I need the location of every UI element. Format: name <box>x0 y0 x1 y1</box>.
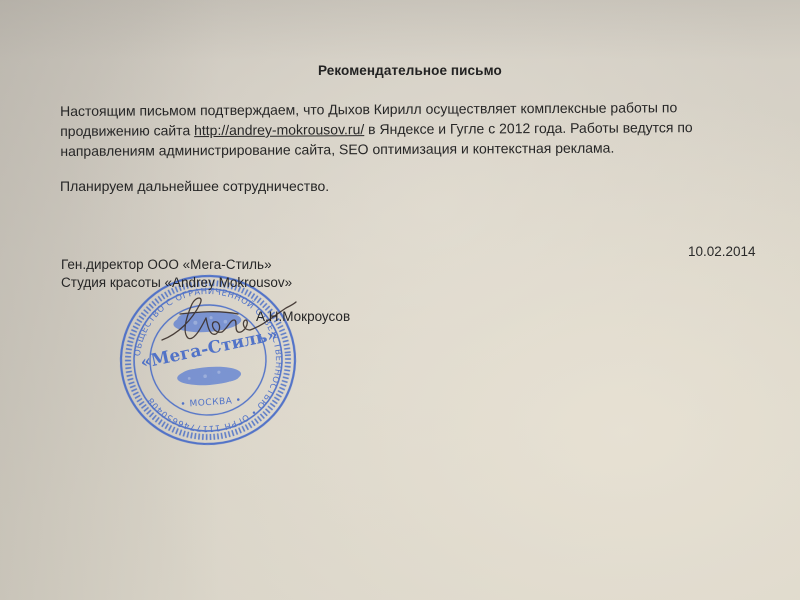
letter-page: Рекомендательное письмо Настоящим письмо… <box>0 0 800 600</box>
body-line-3: направлениям администрирование сайта, SE… <box>60 137 780 161</box>
handwritten-signature-icon <box>158 290 298 350</box>
letter-title: Рекомендательное письмо <box>318 63 502 78</box>
stamp-city-text: • МОСКВА • <box>180 396 242 410</box>
paper-shadow-top <box>0 0 800 60</box>
signatory-position: Ген.директор ООО «Мега-Стиль» <box>61 256 292 274</box>
body-line-2-start: продвижению сайта <box>60 122 194 139</box>
closing-sentence: Планируем дальнейшее сотрудничество. <box>60 178 329 194</box>
signatory-block: Ген.директор ООО «Мега-Стиль» Студия кра… <box>61 256 292 292</box>
letter-date: 10.02.2014 <box>688 244 756 259</box>
letter-body: Настоящим письмом подтверждаем, что Дыхо… <box>60 97 780 161</box>
website-link[interactable]: http://andrey-mokrousov.ru/ <box>194 121 364 138</box>
body-line-2-end: в Яндексе и Гугле с 2012 года. Работы ве… <box>364 119 693 137</box>
